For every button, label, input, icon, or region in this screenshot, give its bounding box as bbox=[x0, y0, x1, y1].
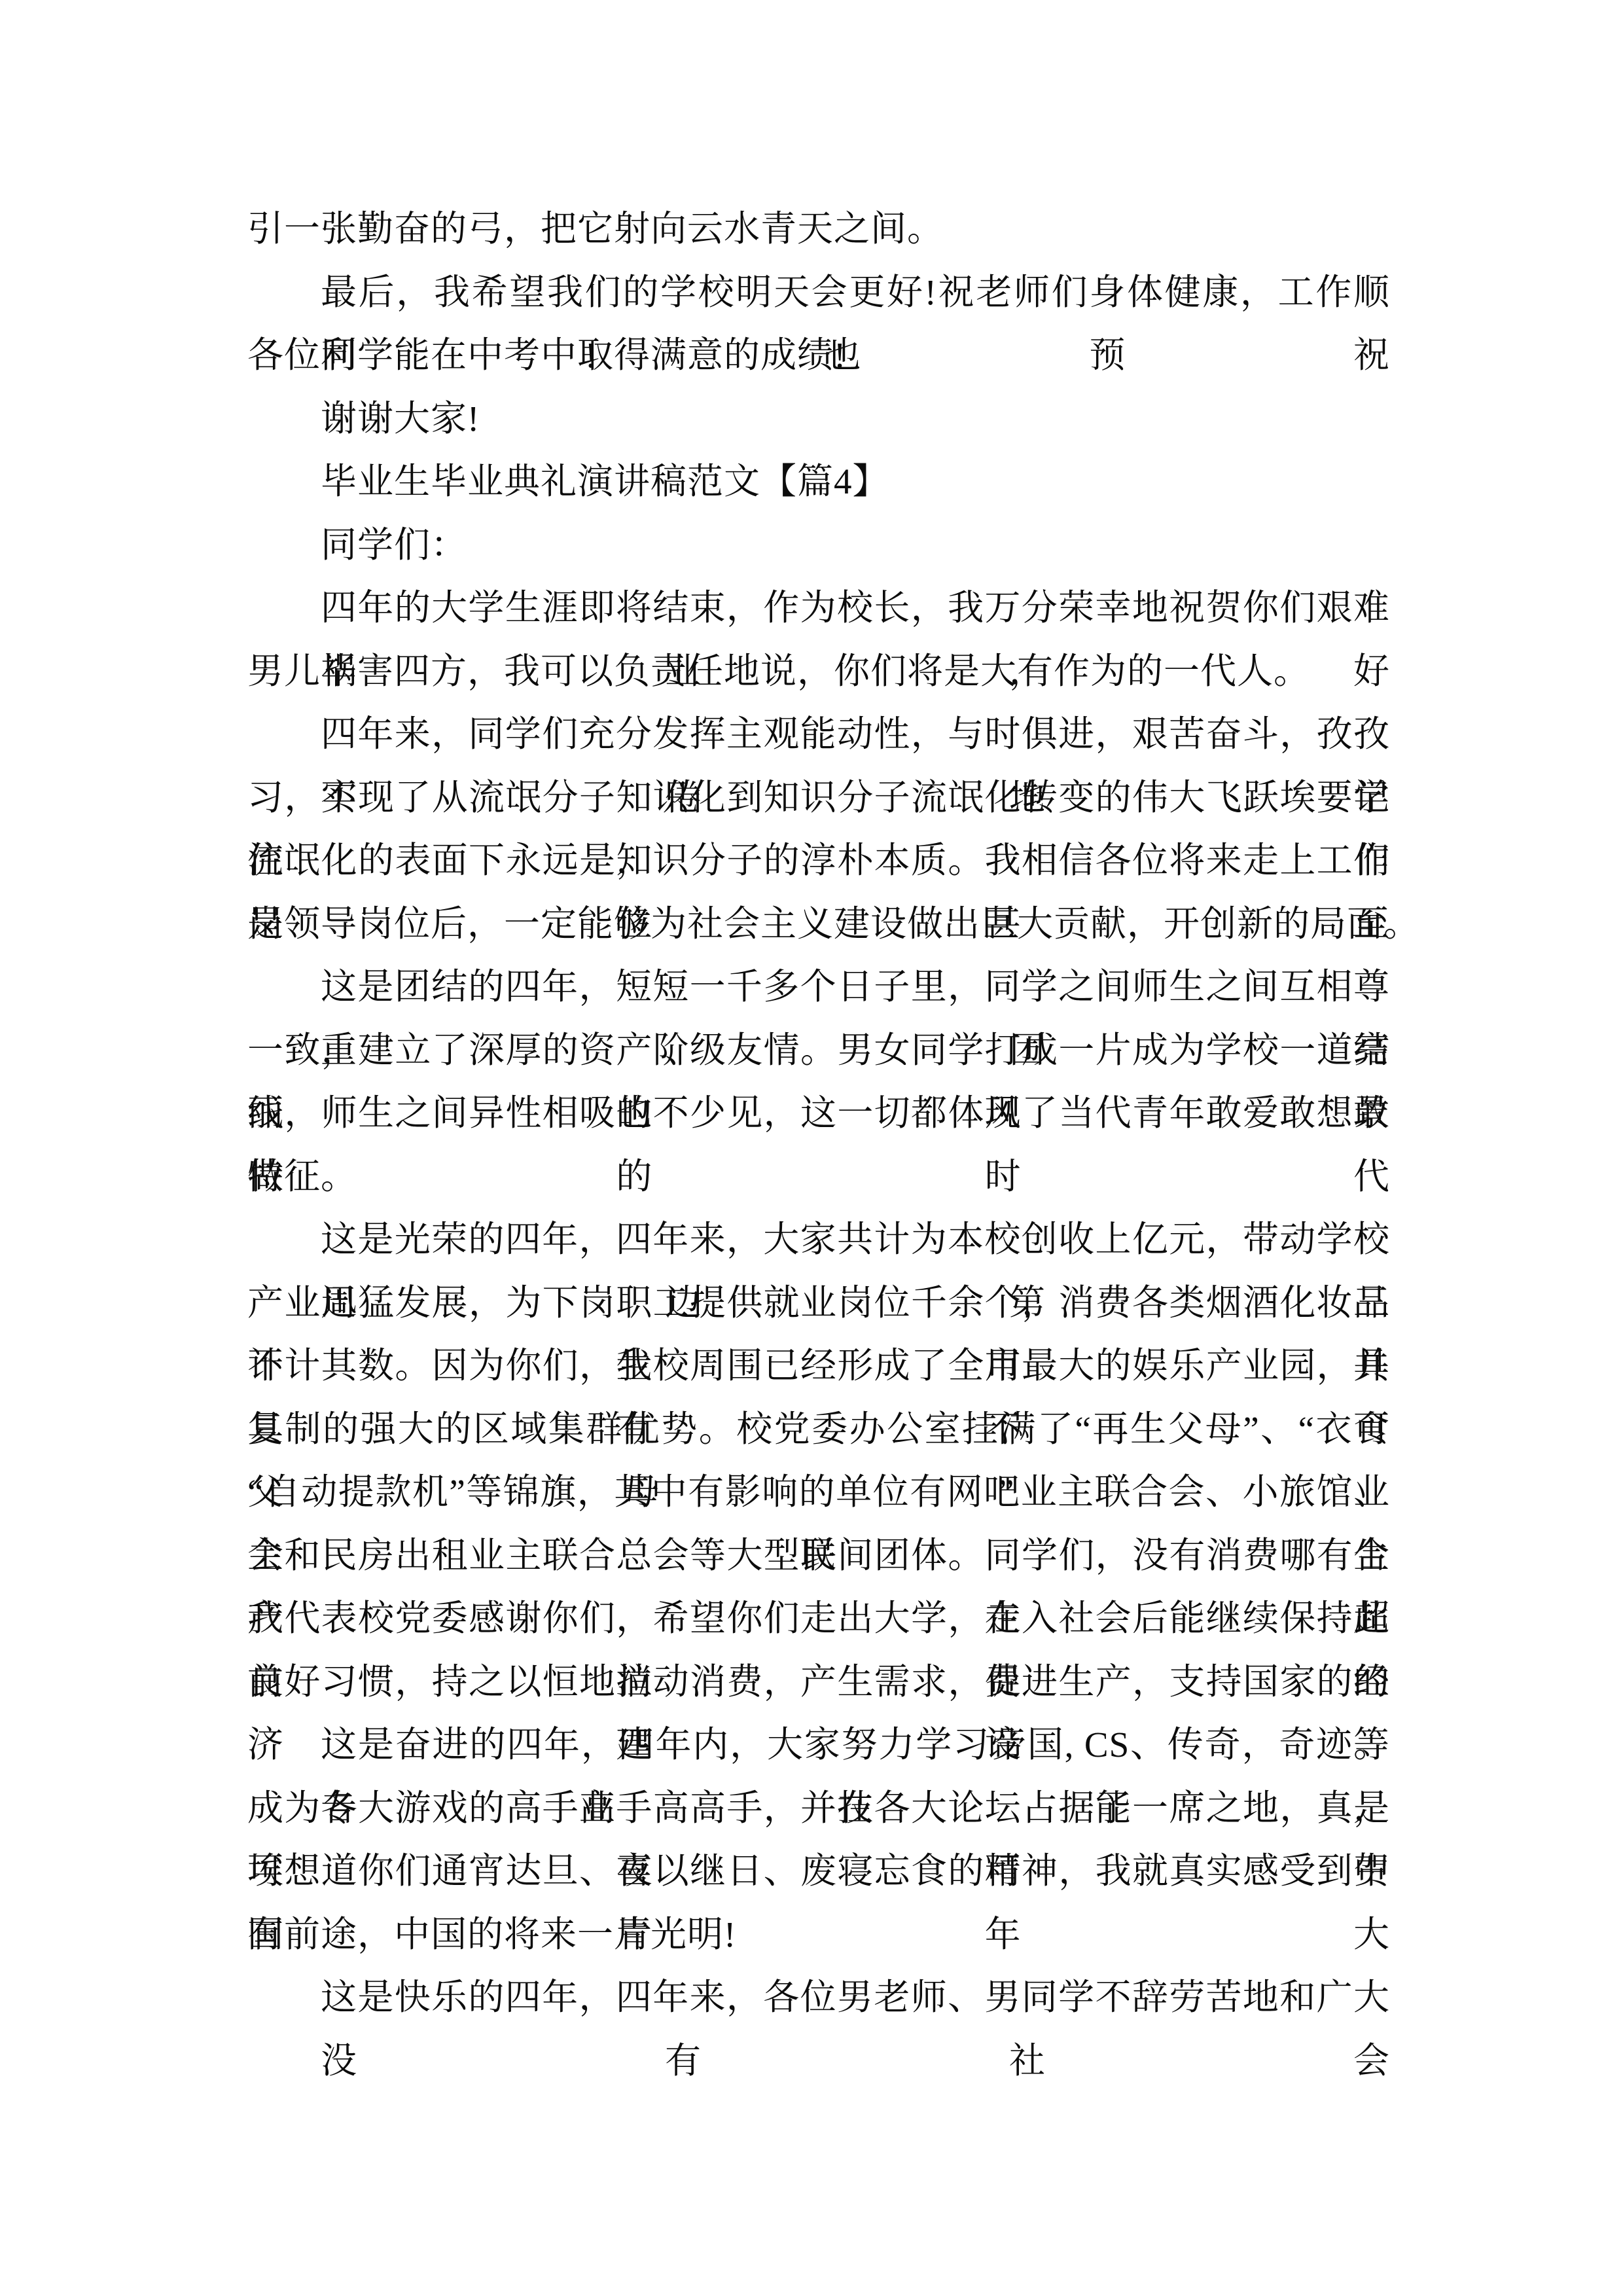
text-line: 线，师生之间异性相吸也不少见，这一切都体现了当代青年敢爱敢想敢做的时代 bbox=[247, 1082, 1390, 1145]
text-line: 是领导岗位后，一定能够为社会主义建设做出巨大贡献，开创新的局面。 bbox=[247, 893, 1390, 956]
text-line: 这是奋进的四年，四年内，大家努力学习帝国, CS、传奇，奇迹等专业技能， bbox=[247, 1713, 1390, 1777]
text-line: 这是团结的四年，短短一千多个日子里，同学之间师生之间互相尊重、团结 bbox=[247, 956, 1390, 1019]
text-line: 复制的强大的区域集群优势。校党委办公室挂满了“再生父母”、“衣食父母”、 bbox=[247, 1398, 1390, 1462]
section-title-line: 毕业生毕业典礼演讲稿范文【篇4】 bbox=[247, 450, 1390, 514]
text-line: “自动提款机”等锦旗，其中有影响的单位有网吧业主联合会、小旅馆业主联合 bbox=[247, 1461, 1390, 1524]
text-line: 这是快乐的四年，四年来，各位男老师、男同学不辞劳苦地和广大没有社会 bbox=[247, 1966, 1390, 2030]
text-line: 成为各大游戏的高手高手高高手，并在各大论坛占据了一席之地，真是可喜可贺 bbox=[247, 1777, 1390, 1840]
text-line: 埃想道你们通宵达旦、夜以继日、废寝忘食的精神，我就真实感受到中国青年大 bbox=[247, 1840, 1390, 1903]
text-line: 四年来，同学们充分发挥主观能动性，与时俱进，艰苦奋斗，孜孜不倦地学 bbox=[247, 703, 1390, 766]
text-line: 不计其数。因为你们，我校周围已经形成了全市最大的娱乐产业园，并具有不可 bbox=[247, 1335, 1390, 1398]
text-line: 引一张勤奋的弓，把它射向云水青天之间。 bbox=[247, 198, 1390, 261]
text-line: 流氓化的表面下永远是知识分子的淳朴本质。我相信各位将来走上工作岗位甚至 bbox=[247, 829, 1390, 893]
text-line: 良好习惯，持之以恒地拉动消费，产生需求，促进生产，支持国家的经济建设。 bbox=[247, 1651, 1390, 1714]
text-line: 会和民房出租业主联合总会等大型民间团体。同学们，没有消费哪有生产，在此 bbox=[247, 1524, 1390, 1588]
text-line: 男儿祸害四方，我可以负责任地说，你们将是大有作为的一代人。 bbox=[247, 640, 1390, 704]
text-line: 这是光荣的四年，四年来，大家共计为本校创收上亿元，带动学校周边第三 bbox=[247, 1208, 1390, 1272]
text-line: 最后，我希望我们的学校明天会更好!祝老师们身体健康，工作顺利!也预祝 bbox=[247, 261, 1390, 325]
document-body: 引一张勤奋的弓，把它射向云水青天之间。最后，我希望我们的学校明天会更好!祝老师们… bbox=[247, 198, 1390, 2030]
text-line: 习，实现了从流氓分子知识化到知识分子流氓化转变的伟大飞跃埃要记住，我们 bbox=[247, 766, 1390, 830]
text-line: 谢谢大家! bbox=[247, 387, 1390, 451]
text-line: 一致，建立了深厚的资产阶级友情。男女同学打成一片成为学校一道亮丽的风景 bbox=[247, 1019, 1390, 1083]
document-page: 引一张勤奋的弓，把它射向云水青天之间。最后，我希望我们的学校明天会更好!祝老师们… bbox=[0, 0, 1623, 2296]
text-line: 我代表校党委感谢你们，希望你们走出大学，走入社会后能继续保持超前消费的 bbox=[247, 1587, 1390, 1651]
text-line: 产业迅猛发展，为下岗职工提供就业岗位千余个，消费各类烟酒化妆品计生用具 bbox=[247, 1272, 1390, 1335]
text-line: 同学们： bbox=[247, 514, 1390, 577]
text-line: 四年的大学生涯即将结束，作为校长，我万分荣幸地祝贺你们艰难毕业，好 bbox=[247, 577, 1390, 640]
